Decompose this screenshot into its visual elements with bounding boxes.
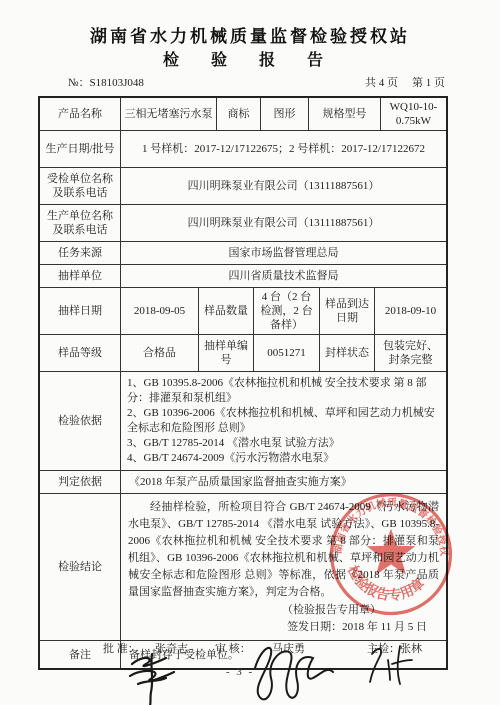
sampling-date-label: 抽样日期 bbox=[40, 288, 120, 334]
producer-unit-value: 四川明珠泵业有限公司（13111887561） bbox=[120, 205, 446, 241]
judgment-basis-label: 判定依据 bbox=[40, 471, 120, 493]
arrival-date-label: 样品到达日期 bbox=[319, 288, 374, 334]
basis-item-3: 3、GB/T 12785-2014 《潜水电泵 试验方法》 bbox=[127, 436, 340, 451]
table-row-product: 产品名称 三相无堵塞污水泵 商标 图形 规格型号 WQ10-10-0.75kW bbox=[40, 98, 446, 130]
basis-item-4: 4、GB/T 24674-2009《污水污物潜水电泵》 bbox=[127, 451, 334, 466]
page-current: 第 1 页 bbox=[412, 77, 445, 89]
sampling-unit-label: 抽样单位 bbox=[40, 265, 120, 287]
conclusion-seal-note: （检验报告专用章） bbox=[128, 602, 439, 619]
table-row-sampling-unit: 抽样单位 四川省质量技术监督局 bbox=[40, 264, 446, 287]
date-batch-label: 生产日期/批号 bbox=[40, 131, 120, 167]
report-page: 湖南省水力机械质量监督检验授权站 检 验 报 告 №：S18103J048 共 … bbox=[0, 0, 500, 705]
page-number: - 3 - bbox=[0, 666, 480, 678]
inspected-unit-label: 受检单位名称及联系电话 bbox=[40, 168, 120, 204]
report-number: №：S18103J048 bbox=[68, 74, 144, 90]
task-source-value: 国家市场监督管理总局 bbox=[120, 242, 446, 264]
conclusion-label: 检验结论 bbox=[40, 494, 120, 640]
sample-grade-label: 样品等级 bbox=[40, 335, 120, 371]
brand-label: 商标 bbox=[216, 98, 260, 130]
approve-label: 批 准： bbox=[103, 640, 139, 656]
pages-total: 共 4 页 bbox=[365, 77, 398, 89]
sample-qty-label: 样品数量 bbox=[198, 288, 253, 334]
conclusion-text: 经抽样检验，所检项目符合 GB/T 24674-2009《污水污物潜水电泵》、G… bbox=[128, 499, 439, 601]
table-row-sample-grade: 样品等级 合格品 抽样单编号 0051271 封样状态 包装完好、封条完整 bbox=[40, 334, 446, 371]
report-table: 产品名称 三相无堵塞污水泵 商标 图形 规格型号 WQ10-10-0.75kW … bbox=[38, 96, 448, 670]
table-row-sampling-date: 抽样日期 2018-09-05 样品数量 4 台（2 台检测，2 台备样） 样品… bbox=[40, 287, 446, 334]
chief-inspector-label: 主检：张林 bbox=[367, 640, 422, 656]
approve-name: 张奇志 bbox=[155, 640, 188, 656]
producer-unit-label: 生产单位名称及联系电话 bbox=[40, 205, 120, 241]
seal-state-value: 包装完好、封条完整 bbox=[374, 335, 446, 371]
table-row-inspection-basis: 检验依据 1、GB 10395.8-2006《农林拖拉机和机械 安全技术要求 第… bbox=[40, 371, 446, 470]
page-count: 共 4 页第 1 页 bbox=[351, 74, 445, 90]
sampling-unit-value: 四川省质量技术监督局 bbox=[120, 265, 446, 287]
conclusion-issue-date: 签发日期：2018 年 11 月 5 日 bbox=[128, 619, 439, 636]
report-meta: №：S18103J048 共 4 页第 1 页 bbox=[68, 74, 445, 90]
review-label: 审 核： bbox=[215, 640, 251, 656]
table-row-judgment-basis: 判定依据 《2018 年泵产品质量国家监督抽查实施方案》 bbox=[40, 470, 446, 493]
task-source-label: 任务来源 bbox=[40, 242, 120, 264]
seal-state-label: 封样状态 bbox=[319, 335, 374, 371]
sampling-sheet-no-value: 0051271 bbox=[253, 335, 319, 371]
inspected-unit-value: 四川明珠泵业有限公司（13111887561） bbox=[120, 168, 446, 204]
judgment-basis-value: 《2018 年泵产品质量国家监督抽查实施方案》 bbox=[120, 471, 446, 493]
station-title: 湖南省水力机械质量监督检验授权站 bbox=[0, 22, 500, 47]
review-name: 马庆勇 bbox=[272, 640, 305, 656]
product-name-label: 产品名称 bbox=[40, 98, 120, 130]
basis-item-2: 2、GB 10396-2006《农林拖拉机和机械、草坪和园艺动力机械安全标志和危… bbox=[127, 406, 440, 436]
table-row-date-batch: 生产日期/批号 1 号样机：2017-12/17122675；2 号样机：201… bbox=[40, 130, 446, 167]
table-row-task-source: 任务来源 国家市场监督管理总局 bbox=[40, 241, 446, 264]
product-name-value: 三相无堵塞污水泵 bbox=[120, 98, 216, 130]
conclusion-cell: 经抽样检验，所检项目符合 GB/T 24674-2009《污水污物潜水电泵》、G… bbox=[120, 494, 446, 640]
arrival-date-value: 2018-09-10 bbox=[374, 288, 446, 334]
table-row-producer-unit: 生产单位名称及联系电话 四川明珠泵业有限公司（13111887561） bbox=[40, 204, 446, 241]
sample-grade-value: 合格品 bbox=[120, 335, 198, 371]
brand-value: 图形 bbox=[260, 98, 308, 130]
sampling-date-value: 2018-09-05 bbox=[120, 288, 198, 334]
model-label: 规格型号 bbox=[308, 98, 380, 130]
sample-qty-value: 4 台（2 台检测，2 台备样） bbox=[253, 288, 319, 334]
table-row-conclusion: 检验结论 经抽样检验，所检项目符合 GB/T 24674-2009《污水污物潜水… bbox=[40, 493, 446, 640]
inspection-basis-list: 1、GB 10395.8-2006《农林拖拉机和机械 安全技术要求 第 8 部分… bbox=[120, 372, 446, 470]
report-title: 检 验 报 告 bbox=[0, 47, 500, 70]
basis-item-1: 1、GB 10395.8-2006《农林拖拉机和机械 安全技术要求 第 8 部分… bbox=[127, 376, 440, 406]
inspection-basis-label: 检验依据 bbox=[40, 372, 120, 470]
sampling-sheet-no-label: 抽样单编号 bbox=[198, 335, 253, 371]
table-row-inspected-unit: 受检单位名称及联系电话 四川明珠泵业有限公司（13111887561） bbox=[40, 167, 446, 204]
model-value: WQ10-10-0.75kW bbox=[380, 98, 446, 130]
date-batch-value: 1 号样机：2017-12/17122675；2 号样机：2017-12/171… bbox=[120, 131, 446, 167]
